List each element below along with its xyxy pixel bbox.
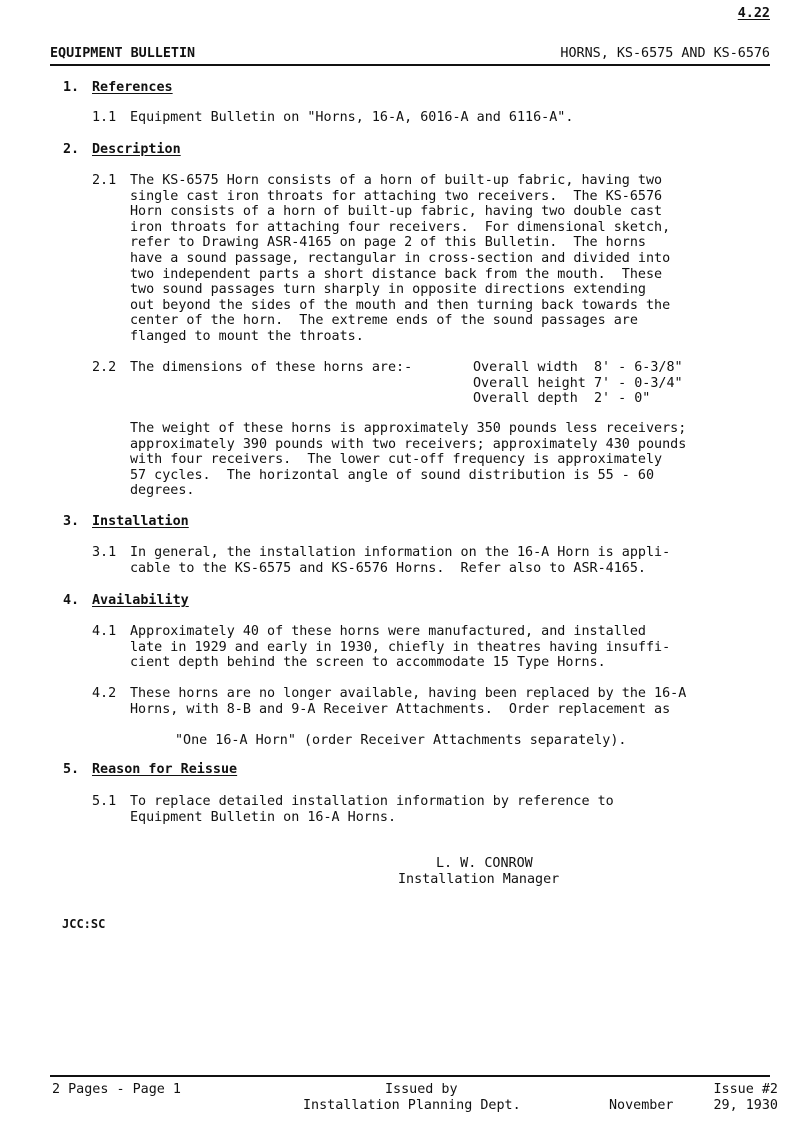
bulletin-section-number: 4.22 [738, 6, 770, 22]
dimension-value: 2' - 0" [594, 391, 650, 406]
section-4-title: Availability [92, 593, 189, 609]
issued-by-label: Issued by [385, 1082, 458, 1098]
text-line: iron throats for attaching four receiver… [130, 220, 670, 236]
text-line: To replace detailed installation informa… [130, 794, 614, 810]
para-4-1-text: Approximately 40 of these horns were man… [130, 624, 670, 671]
section-3-title: Installation [92, 514, 189, 530]
text-line: have a sound passage, rectangular in cro… [130, 251, 670, 267]
signature-name: L. W. CONROW [436, 856, 533, 872]
dimension-row: Overall height 7' - 0-3/4" [473, 376, 683, 392]
text-line: single cast iron throats for attaching t… [130, 189, 670, 205]
para-2-1-text: The KS-6575 Horn consists of a horn of b… [130, 173, 670, 345]
dimension-label: Overall depth [473, 391, 578, 406]
text-line: refer to Drawing ASR-4165 on page 2 of t… [130, 235, 670, 251]
text-line: two sound passages turn sharply in oppos… [130, 282, 670, 298]
para-4-2-text: These horns are no longer available, hav… [130, 686, 686, 717]
page-count: 2 Pages - Page 1 [52, 1082, 181, 1098]
text-line: approximately 390 pounds with two receiv… [130, 437, 686, 453]
section-5-title: Reason for Reissue [92, 762, 237, 778]
text-line: flanged to mount the throats. [130, 329, 670, 345]
para-3-1-number: 3.1 [92, 545, 116, 561]
section-1-number: 1. [63, 80, 79, 96]
text-line: degrees. [130, 483, 686, 499]
para-1-1-text: Equipment Bulletin on "Horns, 16-A, 6016… [130, 110, 573, 126]
text-line: with four receivers. The lower cut-off f… [130, 452, 686, 468]
para-1-1-number: 1.1 [92, 110, 116, 126]
para-5-1-number: 5.1 [92, 794, 116, 810]
dimensions-list: Overall width 8' - 6-3/8" Overall height… [473, 360, 683, 407]
typist-initials: JCC:SC [62, 917, 105, 933]
text-line: two independent parts a short distance b… [130, 267, 670, 283]
text-line: The KS-6575 Horn consists of a horn of b… [130, 173, 670, 189]
issue-date-month: November [609, 1098, 674, 1114]
section-3-number: 3. [63, 514, 79, 530]
text-line: Approximately 40 of these horns were man… [130, 624, 670, 640]
dimension-value: 8' - 6-3/8" [594, 360, 683, 375]
para-2-2-number: 2.2 [92, 360, 116, 376]
text-line: 57 cycles. The horizontal angle of sound… [130, 468, 686, 484]
para-2-2-intro: The dimensions of these horns are:- [130, 360, 412, 376]
para-2-1-number: 2.1 [92, 173, 116, 189]
issued-by-dept: Installation Planning Dept. [303, 1098, 521, 1114]
section-4-number: 4. [63, 593, 79, 609]
dimension-label: Overall width [473, 360, 578, 375]
section-1-title: References [92, 80, 173, 96]
order-instruction: "One 16-A Horn" (order Receiver Attachme… [175, 733, 626, 749]
text-line: center of the horn. The extreme ends of … [130, 313, 670, 329]
issue-number: Issue #2 [714, 1082, 779, 1098]
issue-date-day-year: 29, 1930 [714, 1098, 779, 1114]
signature-title: Installation Manager [398, 872, 559, 888]
section-2-number: 2. [63, 142, 79, 158]
header-rule [50, 64, 770, 66]
para-3-1-text: In general, the installation information… [130, 545, 670, 576]
dimension-value: 7' - 0-3/4" [594, 376, 683, 391]
dimension-label: Overall height [473, 376, 586, 391]
text-line: Horn consists of a horn of built-up fabr… [130, 204, 670, 220]
text-line: Horns, with 8-B and 9-A Receiver Attachm… [130, 702, 686, 718]
para-2-2-text: The weight of these horns is approximate… [130, 421, 686, 499]
bulletin-title: EQUIPMENT BULLETIN [50, 46, 195, 62]
section-2-title: Description [92, 142, 181, 158]
text-line: Equipment Bulletin on 16-A Horns. [130, 810, 614, 826]
text-line: In general, the installation information… [130, 545, 670, 561]
para-5-1-text: To replace detailed installation informa… [130, 794, 614, 825]
dimension-row: Overall width 8' - 6-3/8" [473, 360, 683, 376]
para-4-2-number: 4.2 [92, 686, 116, 702]
text-line: The weight of these horns is approximate… [130, 421, 686, 437]
footer-rule [50, 1075, 770, 1077]
text-line: These horns are no longer available, hav… [130, 686, 686, 702]
para-4-1-number: 4.1 [92, 624, 116, 640]
section-5-number: 5. [63, 762, 79, 778]
text-line: cient depth behind the screen to accommo… [130, 655, 670, 671]
dimension-row: Overall depth 2' - 0" [473, 391, 683, 407]
text-line: cable to the KS-6575 and KS-6576 Horns. … [130, 561, 670, 577]
bulletin-subject: HORNS, KS-6575 AND KS-6576 [560, 46, 770, 62]
text-line: out beyond the sides of the mouth and th… [130, 298, 670, 314]
text-line: late in 1929 and early in 1930, chiefly … [130, 640, 670, 656]
